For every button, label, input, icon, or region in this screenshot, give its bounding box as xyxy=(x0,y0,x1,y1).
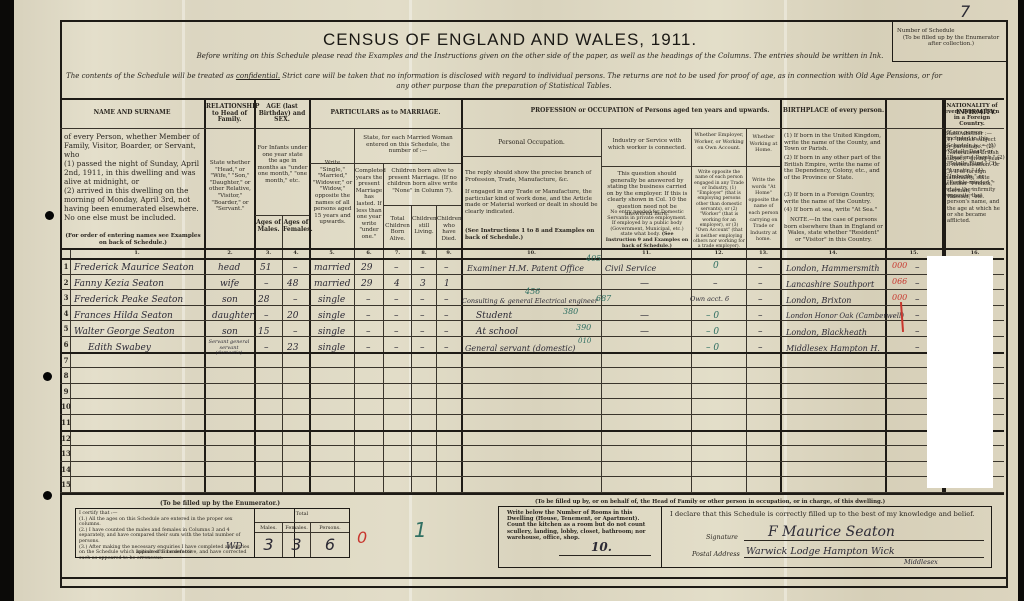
punch-hole xyxy=(43,491,52,500)
enumerator-caption: (To be filled up by the Enumerator.) xyxy=(160,500,280,507)
header-age: AGE (last Birthday) and SEX. xyxy=(256,104,308,124)
row1-birthplace: London, Hammersmith xyxy=(786,264,880,273)
header-age-body: For Infants under one year state the age… xyxy=(257,145,308,185)
row1-employer-status: 0 xyxy=(713,261,719,271)
col-num-3: 3. xyxy=(255,250,282,256)
signature-value: F Maurice Seaton xyxy=(768,524,895,540)
enumerator-initials-value: WD xyxy=(226,545,242,551)
postal-address-county: Middlesex xyxy=(904,558,938,566)
header-profession: PROFESSION or OCCUPATION of Persons aged… xyxy=(520,108,780,115)
row3-died: – xyxy=(444,295,449,305)
row1-nationality-code: 000 xyxy=(892,261,907,270)
row4-age-female: 20 xyxy=(287,311,298,321)
header-infirmity: INFIRMITY. xyxy=(946,110,1006,117)
header-birthplace-body1: (1) If born in the United Kingdom, write… xyxy=(784,133,883,153)
divider xyxy=(692,166,780,167)
divider xyxy=(691,128,692,493)
header-age-males: Ages of Males. xyxy=(255,220,282,233)
confidential-post: Strict care will be taken that no inform… xyxy=(280,72,942,90)
header-marriage-condition: Write "Single," "Married," "Widower," or… xyxy=(312,160,353,226)
confidential-pre: The contents of the Schedule will be tre… xyxy=(66,72,236,80)
row3-birthplace: London, Brixton xyxy=(786,296,851,305)
divider xyxy=(60,493,1004,495)
divider xyxy=(60,258,1004,260)
red-tally-mark: 0 xyxy=(357,528,367,547)
row-divider xyxy=(60,274,1004,275)
row3-occupation-code: 456 xyxy=(525,287,540,296)
row3-occupation-code2: 687 xyxy=(596,294,611,303)
row2-home: – xyxy=(758,279,763,289)
total-females-value: 3 xyxy=(283,533,310,554)
divider xyxy=(602,166,691,167)
header-relationship-body: State whether "Head," or "Wife," "Son," … xyxy=(207,160,253,213)
row4-nationality: – xyxy=(915,311,920,321)
row-number: 11 xyxy=(61,418,71,427)
redacted-infirmity-column xyxy=(927,256,993,488)
postal-address-line xyxy=(744,557,984,558)
row5-age-male: 15 xyxy=(258,327,269,337)
rooms-line xyxy=(559,555,651,556)
postal-address-label: Postal Address xyxy=(692,550,740,558)
header-total-born: Total Children Born Alive. xyxy=(384,216,411,242)
row5-occupation-code: 390 xyxy=(576,323,591,332)
postal-address-value: Warwick Lodge Hampton Wick xyxy=(746,546,895,557)
total-males-value: 3 xyxy=(255,533,282,554)
total-persons-value: 6 xyxy=(311,533,349,554)
header-industry-notes: No entry needed for Domestic Servants in… xyxy=(605,210,689,249)
row6-years-married: – xyxy=(366,343,371,353)
col-num-12: 12. xyxy=(692,250,746,256)
header-name: NAME AND SURNAME xyxy=(60,110,204,117)
row5-birthplace: London, Blackheath xyxy=(786,328,867,337)
header-home: Whether Working at Home. xyxy=(748,134,779,154)
header-age-females: Ages of Females. xyxy=(283,220,309,233)
row6-birthplace: Middlesex Hampton H. xyxy=(786,344,880,353)
row6-relationship: Servant general servant (domestic) xyxy=(206,340,252,357)
header-infirmity-body: If any person included in this Schedule … xyxy=(947,130,1005,224)
row1-name: Frederick Maurice Seaton xyxy=(74,263,194,273)
row-divider xyxy=(60,320,1004,321)
col-num-5: 5. xyxy=(310,250,354,256)
header-children: Children born alive to present Marriage.… xyxy=(385,168,460,194)
row3-living: – xyxy=(420,295,425,305)
row-number: 4 xyxy=(61,309,71,318)
row6-condition: single xyxy=(318,343,345,353)
col-num-8: 8. xyxy=(412,250,436,256)
enumerator-initials-label: Initials of Enumerator xyxy=(136,550,192,556)
schedule-number-note: (To be filled up by the Enumerator after… xyxy=(897,35,1005,47)
divider xyxy=(255,215,309,216)
row2-born: 4 xyxy=(394,279,400,289)
row-number: 13 xyxy=(61,449,71,458)
row3-nationality: – xyxy=(915,295,920,305)
row1-age-male: 51 xyxy=(260,263,271,273)
divider xyxy=(60,577,1008,579)
row4-employer-status: – 0 xyxy=(706,311,719,321)
row6-living: – xyxy=(420,343,425,353)
header-marriage: PARTICULARS as to MARRIAGE. xyxy=(310,110,461,117)
divider xyxy=(282,215,283,493)
total-males-cell: Males.3 xyxy=(255,523,283,557)
header-employer: Whether Employer, Worker, or Working on … xyxy=(693,132,745,152)
punch-hole xyxy=(43,372,52,381)
col-num-7: 7. xyxy=(384,250,411,256)
row1-occupation: Examiner H.M. Patent Office xyxy=(467,264,584,273)
divider xyxy=(309,100,311,493)
row-number: 12 xyxy=(61,434,71,443)
header-marriage-years: Completed years the present Marriage has… xyxy=(355,168,383,241)
row5-died: – xyxy=(444,327,449,337)
divider xyxy=(462,156,601,157)
row-number: 15 xyxy=(61,480,71,489)
row-number: 6 xyxy=(61,340,71,349)
row5-condition: single xyxy=(318,327,345,337)
signature-line xyxy=(744,540,984,541)
row3-employer-status: Own acct. 6 xyxy=(690,295,729,303)
header-birthplace-body2: (2) If born in any other part of the Bri… xyxy=(784,155,883,181)
row6-died: – xyxy=(444,343,449,353)
row5-name: Walter George Seaton xyxy=(74,327,175,337)
divider xyxy=(254,100,256,493)
header-married-woman: State, for each Married Woman entered on… xyxy=(356,135,460,155)
row6-age-male: – xyxy=(264,343,269,353)
row-divider xyxy=(60,383,1004,384)
row4-living: – xyxy=(420,311,425,321)
row6-age-female: 23 xyxy=(287,343,298,353)
instruction-line: Before writing on this Schedule please r… xyxy=(160,52,920,60)
row2-years-married: 29 xyxy=(361,279,372,289)
row-number: 1 xyxy=(61,262,71,271)
row3-born: – xyxy=(394,295,399,305)
col-num-4: 4. xyxy=(283,250,309,256)
signature-label: Signature xyxy=(706,533,738,541)
row4-occupation: Student xyxy=(476,311,512,321)
header-personal-body2: If engaged in any Trade or Manufacture, … xyxy=(465,189,599,215)
header-personal-body1: The reply should show the precise branch… xyxy=(465,170,599,183)
rooms-instruction: Write below the Number of Rooms in this … xyxy=(507,510,653,541)
row-number: 5 xyxy=(61,324,71,333)
total-females-cell: Females.3 xyxy=(283,523,311,557)
enumerator-totals: Total Males.3 Females.3 Persons.6 xyxy=(254,508,350,558)
col-num-2: 2. xyxy=(205,250,255,256)
row4-age-male: – xyxy=(264,311,269,321)
row2-age-male: – xyxy=(264,279,269,289)
row6-employer-status: – 0 xyxy=(706,343,719,353)
row5-employer-status: – 0 xyxy=(706,327,719,337)
schedule-number-value: 7 xyxy=(960,2,970,21)
row1-nationality: – xyxy=(915,263,920,273)
divider xyxy=(885,100,887,493)
confidentiality-notice: The contents of the Schedule will be tre… xyxy=(64,71,944,91)
row2-employer-status: – xyxy=(713,279,718,289)
rooms-value: 10. xyxy=(591,544,612,550)
row6-home: – xyxy=(758,343,763,353)
row3-name: Frederick Peake Seaton xyxy=(74,295,183,305)
total-persons-cell: Persons.6 xyxy=(311,523,349,557)
header-birthplace: BIRTHPLACE of every person. xyxy=(782,108,885,115)
header-personal-occupation: Personal Occupation. xyxy=(462,140,601,147)
row-number: 7 xyxy=(61,356,71,365)
row2-birthplace: Lancashire Southport xyxy=(786,280,874,289)
row-divider xyxy=(60,414,1004,415)
header-employer-body: Write opposite the name of each person e… xyxy=(693,170,745,249)
col-num-14: 14. xyxy=(781,250,885,256)
divider xyxy=(60,128,1004,129)
row4-years-married: – xyxy=(366,311,371,321)
row-number: 3 xyxy=(61,293,71,302)
total-females-label: Females. xyxy=(283,523,310,533)
header-relationship: RELATIONSHIP to Head of Family. xyxy=(206,104,253,124)
row4-name: Frances Hilda Seaton xyxy=(74,311,173,321)
row1-living: – xyxy=(420,263,425,273)
page-title: CENSUS OF ENGLAND AND WALES, 1911. xyxy=(300,30,720,50)
header-children-died: Children who have Died. xyxy=(437,216,461,242)
divider xyxy=(384,205,461,206)
row5-years-married: – xyxy=(366,327,371,337)
row5-occupation: At school xyxy=(476,327,518,337)
row1-occupation-code: 405 xyxy=(586,254,601,263)
row-divider xyxy=(60,430,1004,432)
row4-born: – xyxy=(394,311,399,321)
row5-industry: — xyxy=(640,327,649,337)
row2-nationality: – xyxy=(915,279,920,289)
row2-name: Fanny Kezia Seaton xyxy=(74,279,164,289)
row2-condition: married xyxy=(314,279,350,289)
col-num-1: 1. xyxy=(72,250,202,256)
row6-occupation-code: 010 xyxy=(578,337,591,345)
row2-living: 3 xyxy=(420,279,426,289)
row-number: 10 xyxy=(61,402,71,411)
divider xyxy=(601,128,602,493)
header-birthplace-body4: (4) If born at sea, write "At Sea." xyxy=(784,207,883,214)
row6-occupation: General servant (domestic) xyxy=(465,344,575,353)
total-males-label: Males. xyxy=(255,523,282,533)
row1-industry: Civil Service xyxy=(605,264,656,273)
divider xyxy=(746,128,747,493)
divider xyxy=(383,163,384,493)
punch-hole xyxy=(45,211,54,220)
row-divider xyxy=(60,476,1004,477)
row-number: 14 xyxy=(61,465,71,474)
row-number: 8 xyxy=(61,371,71,380)
row4-condition: single xyxy=(318,311,345,321)
row4-occupation-code: 380 xyxy=(563,307,578,316)
row-divider xyxy=(60,492,1004,493)
header-birthplace-body3: (3) If born in a Foreign Country, write … xyxy=(784,192,883,205)
row5-born: – xyxy=(394,327,399,337)
row4-home: – xyxy=(758,311,763,321)
row4-birthplace: London Honor Oak (Camberwell) xyxy=(786,312,904,320)
row2-age-female: 48 xyxy=(287,279,298,289)
row2-died: 1 xyxy=(444,279,450,289)
row3-occupation: Consulting & general Electrical engineer xyxy=(462,297,598,305)
confidential-word: confidential. xyxy=(236,72,280,80)
header-industry: Industry or Service with which worker is… xyxy=(605,138,689,151)
row1-born: – xyxy=(394,263,399,273)
green-tally-mark: 1 xyxy=(414,518,427,542)
row3-nationality-code: 000 xyxy=(892,293,907,302)
schedule-number-label: Number of Schedule xyxy=(897,28,1005,34)
row5-home: – xyxy=(758,327,763,337)
row6-born: – xyxy=(394,343,399,353)
row3-age-female: – xyxy=(293,295,298,305)
row2-relationship: wife xyxy=(220,279,239,289)
row1-died: – xyxy=(444,263,449,273)
total-label: Total xyxy=(255,511,349,517)
row5-nationality: – xyxy=(915,327,920,337)
row-number: 9 xyxy=(61,387,71,396)
row1-age-female: – xyxy=(293,263,298,273)
col-num-9: 9. xyxy=(437,250,461,256)
row1-home: – xyxy=(758,263,763,273)
row-divider xyxy=(60,367,1004,368)
row3-home: – xyxy=(758,295,763,305)
row-divider xyxy=(60,398,1004,399)
divider xyxy=(204,100,206,493)
row5-age-female: – xyxy=(293,327,298,337)
header-name-body: of every Person, whether Member of Famil… xyxy=(64,132,202,222)
rooms-box: Write below the Number of Rooms in this … xyxy=(498,506,662,568)
col-num-11: 11. xyxy=(602,250,691,256)
row5-relationship: son xyxy=(222,327,238,337)
header-home-body: Write the words "At Home" opposite the n… xyxy=(748,178,779,244)
row6-name: Edith Swabey xyxy=(88,343,151,353)
header-birthplace-note: NOTE.—In the case of persons born elsewh… xyxy=(784,217,883,243)
industry-note1: No entry needed for Domestic Servants in… xyxy=(607,210,686,221)
row3-years-married: – xyxy=(366,295,371,305)
col-num-13: 13. xyxy=(747,250,780,256)
row4-relationship: daughter xyxy=(212,311,254,321)
total-persons-label: Persons. xyxy=(311,523,349,533)
row-divider xyxy=(60,461,1004,462)
header-personal-note: (See Instructions 1 to 8 and Examples on… xyxy=(465,228,599,241)
header-children-living: Children still Living. xyxy=(412,216,436,236)
row1-years-married: 29 xyxy=(361,263,372,273)
head-caption: (To be filled up by, or on behalf of, th… xyxy=(535,499,885,505)
row2-nationality-code: 066 xyxy=(892,277,907,286)
row4-industry: — xyxy=(640,311,649,321)
row-divider xyxy=(60,445,1004,446)
col-num-6: 6. xyxy=(355,250,383,256)
row6-nationality: – xyxy=(915,343,920,353)
header-name-note: (For order of entering names see Example… xyxy=(64,233,202,246)
col-num-10: 10. xyxy=(462,250,601,256)
declaration-box: I declare that this Schedule is correctl… xyxy=(662,506,992,568)
row5-living: – xyxy=(420,327,425,337)
divider xyxy=(780,100,782,493)
row3-age-male: 28 xyxy=(258,295,269,305)
row-number: 2 xyxy=(61,278,71,287)
row2-industry: — xyxy=(640,279,649,289)
row4-died: – xyxy=(444,311,449,321)
row3-condition: single xyxy=(318,295,345,305)
row1-condition: married xyxy=(314,263,350,273)
declaration-text: I declare that this Schedule is correctl… xyxy=(670,510,983,518)
row1-relationship: head xyxy=(218,263,240,273)
row3-relationship: son xyxy=(222,295,238,305)
